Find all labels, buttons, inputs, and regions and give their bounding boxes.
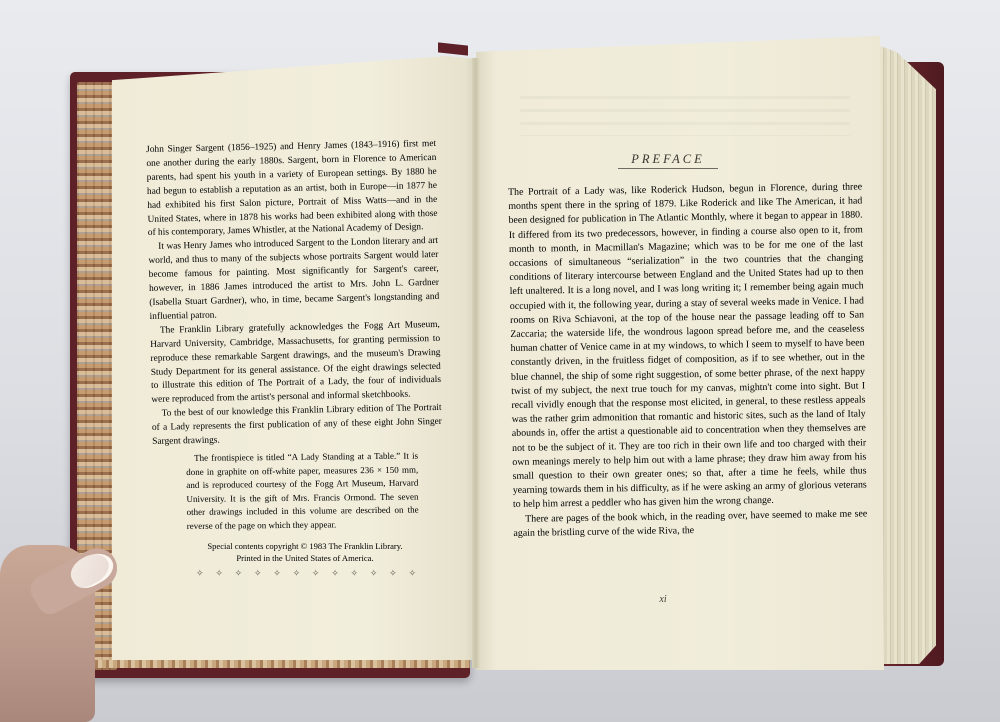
show-through-text: [520, 86, 850, 136]
ornament-icon: ✧: [273, 568, 281, 579]
copyright-notice: Special contents copyright © 1983 The Fr…: [180, 540, 430, 564]
ornament-icon: ✧: [254, 568, 262, 579]
ornament-icon: ✧: [370, 568, 378, 579]
left-page-body: John Singer Sargent (1856–1925) and Henr…: [146, 138, 442, 450]
ornament-icon: ✧: [293, 568, 301, 579]
ornament-row: ✧ ✧ ✧ ✧ ✧ ✧ ✧ ✧ ✧ ✧ ✧ ✧: [196, 568, 416, 579]
marbled-endpaper-bottom: [80, 660, 470, 668]
book-gutter: [472, 58, 480, 668]
page-block-edge: [880, 46, 936, 664]
paragraph: John Singer Sargent (1856–1925) and Henr…: [146, 138, 438, 241]
right-page-body: The Portrait of a Lady was, like Roderic…: [508, 180, 868, 541]
paragraph: It was Henry James who introduced Sargen…: [148, 235, 440, 324]
paragraph: The Portrait of a Lady was, like Roderic…: [508, 180, 867, 512]
ornament-icon: ✧: [389, 568, 397, 579]
ornament-icon: ✧: [331, 568, 339, 579]
paragraph: There are pages of the book which, in th…: [513, 507, 867, 541]
printed-in-line: Printed in the United States of America.: [180, 552, 430, 564]
page-number: xi: [648, 594, 678, 605]
ornament-icon: ✧: [312, 568, 320, 579]
page-title: PREFACE: [618, 152, 718, 169]
paragraph: The Franklin Library gratefully acknowle…: [150, 319, 442, 408]
paragraph: To the best of our knowledge this Frankl…: [152, 402, 443, 450]
ornament-icon: ✧: [215, 568, 223, 579]
ornament-icon: ✧: [235, 568, 243, 579]
ornament-icon: ✧: [408, 568, 416, 579]
ornament-icon: ✧: [351, 568, 359, 579]
photo-scene: John Singer Sargent (1856–1925) and Henr…: [0, 0, 1000, 722]
frontispiece-note: The frontispiece is titled “A Lady Stand…: [186, 450, 419, 534]
book-cover-top-edge: [438, 42, 468, 55]
frontispiece-text: The frontispiece is titled “A Lady Stand…: [186, 450, 419, 534]
ornament-icon: ✧: [196, 568, 204, 579]
copyright-line: Special contents copyright © 1983 The Fr…: [180, 540, 430, 552]
